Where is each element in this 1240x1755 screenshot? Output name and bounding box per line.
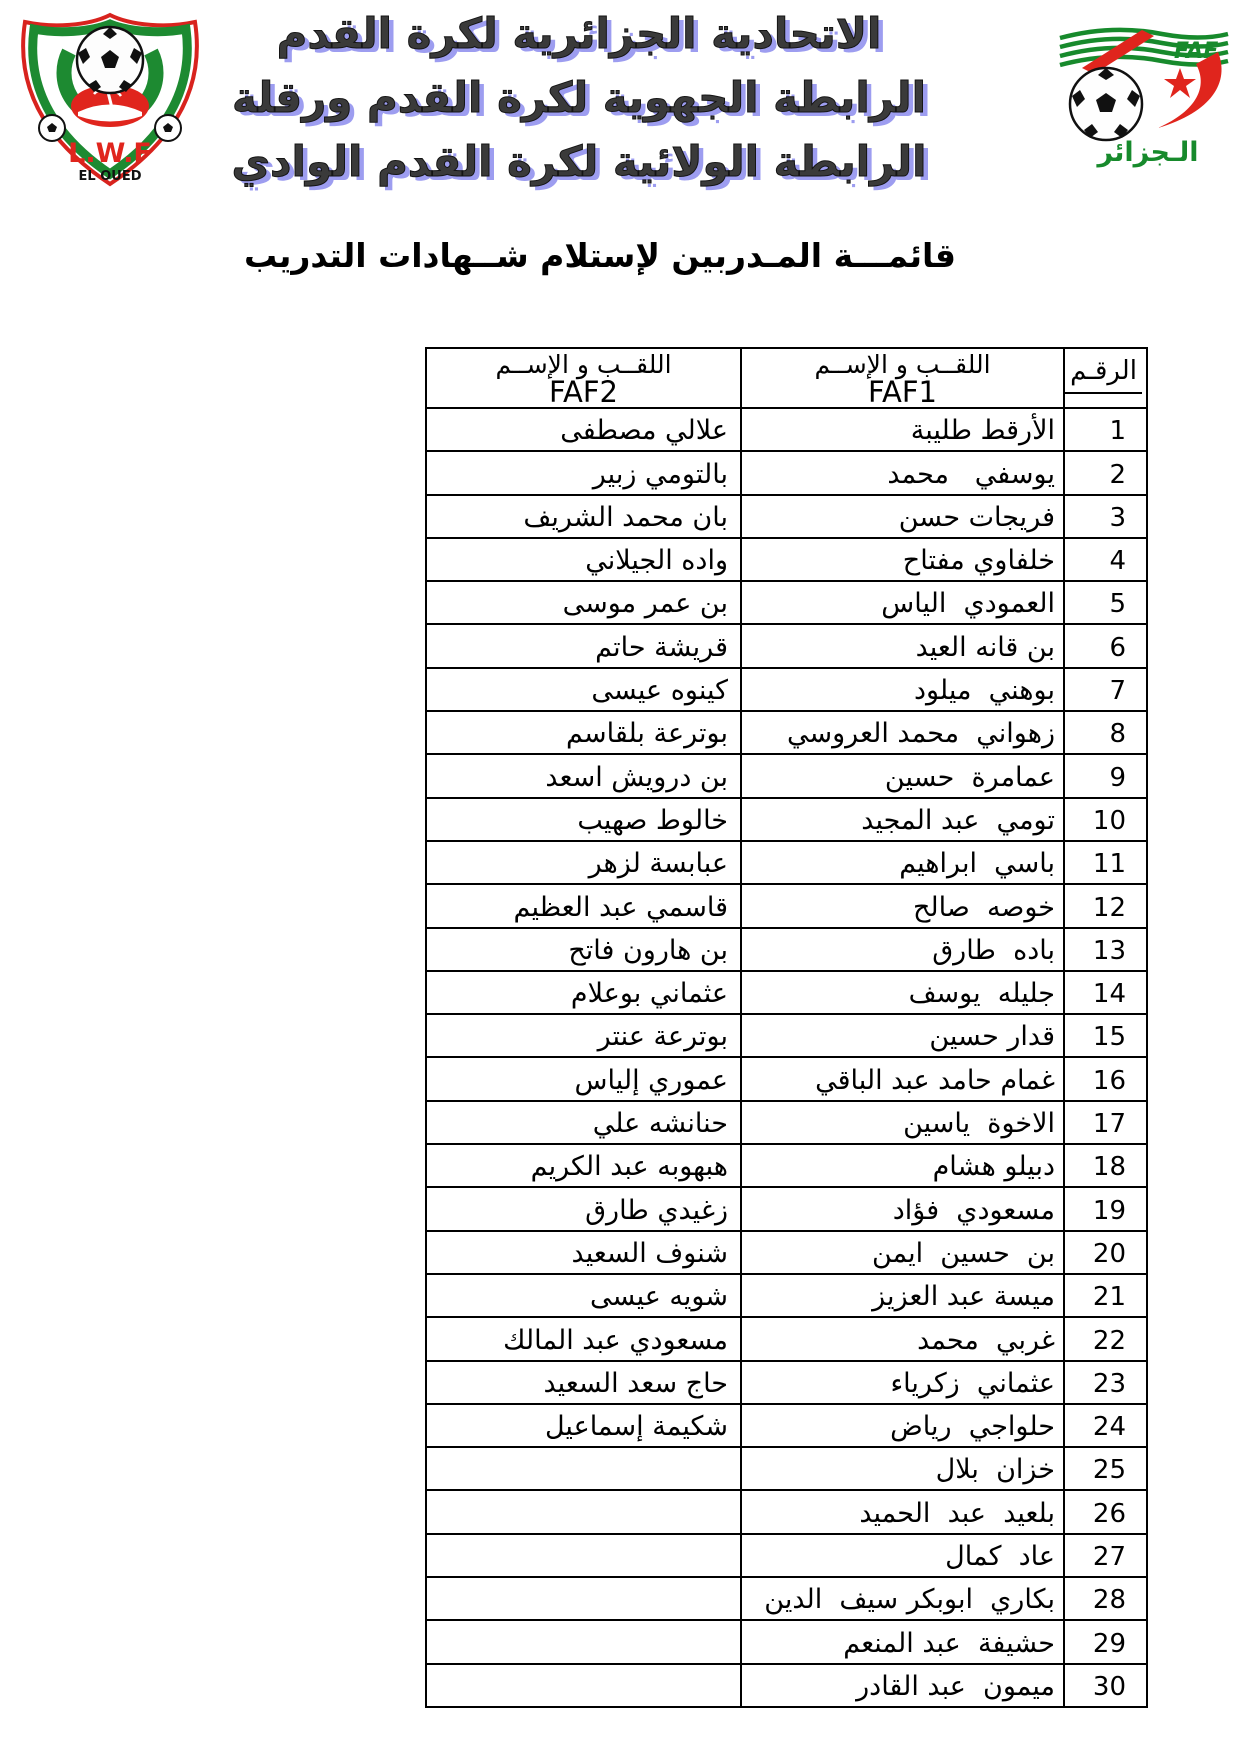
cell-faf2: عبابسة لزهر [427, 842, 740, 883]
table-row: خزان بلال 25 [427, 1446, 1146, 1489]
cell-faf1: بلعيد عبد الحميد [740, 1491, 1063, 1532]
document-title: الاتحادية الجزائرية لكرة القدم الرابطة ا… [222, 2, 936, 194]
table-body: علالي مصطفى الأرقط طليبة 1 بالتومي زبير … [427, 407, 1146, 1706]
table-row: عاد كمال 27 [427, 1533, 1146, 1576]
cell-number: 22 [1063, 1318, 1142, 1359]
cell-faf2: بالتومي زبير [427, 452, 740, 493]
cell-faf2 [427, 1491, 740, 1532]
table-row: شويه عيسى ميسة عبد العزيز 21 [427, 1273, 1146, 1316]
cell-faf2: خالوط صهيب [427, 799, 740, 840]
cell-faf2: بوترعة بلقاسم [427, 712, 740, 753]
table-row: بوترعة بلقاسم زهواني محمد العروسي 8 [427, 710, 1146, 753]
cell-number: 1 [1063, 409, 1142, 450]
cell-number: 2 [1063, 452, 1142, 493]
table-row: بن عمر موسى العمودي الياس 5 [427, 580, 1146, 623]
cell-faf1: فريجات حسن [740, 496, 1063, 537]
small-soccer-ball-icon [155, 115, 181, 141]
cell-faf1: خلفاوي مفتاح [740, 539, 1063, 580]
header-faf2-label: FAF2 [549, 379, 618, 406]
cell-faf1: بن حسين ايمن [740, 1232, 1063, 1273]
cell-number: 17 [1063, 1102, 1142, 1143]
cell-number: 16 [1063, 1058, 1142, 1099]
cell-faf1: حلواجي رياض [740, 1405, 1063, 1446]
cell-faf1: دبيلو هشام [740, 1145, 1063, 1186]
table-row: بلعيد عبد الحميد 26 [427, 1489, 1146, 1532]
cell-number: 29 [1063, 1621, 1142, 1662]
faf-algeria-logo: FAF الـجزائر [1052, 16, 1234, 168]
table-row: شنوف السعيد بن حسين ايمن 20 [427, 1230, 1146, 1273]
cell-faf1: غربي محمد [740, 1318, 1063, 1359]
cell-faf1: بن قانه العيد [740, 625, 1063, 666]
cell-faf2: كينوه عيسى [427, 669, 740, 710]
cell-faf2: زغيدي طارق [427, 1188, 740, 1229]
cell-number: 11 [1063, 842, 1142, 883]
table-row: مسعودي عبد المالك غربي محمد 22 [427, 1316, 1146, 1359]
cell-number: 5 [1063, 582, 1142, 623]
cell-faf1: غمام حامد عبد الباقي [740, 1058, 1063, 1099]
cell-faf1: باسي ابراهيم [740, 842, 1063, 883]
table-row: كينوه عيسى بوهني ميلود 7 [427, 667, 1146, 710]
cell-number: 27 [1063, 1535, 1142, 1576]
cell-number: 9 [1063, 755, 1142, 796]
cell-faf2 [427, 1578, 740, 1619]
cell-faf1: خوصه صالح [740, 885, 1063, 926]
cell-number: 21 [1063, 1275, 1142, 1316]
header-faf2: اللقــب و الإســم FAF2 [427, 349, 740, 407]
cell-number: 3 [1063, 496, 1142, 537]
cell-faf2: شويه عيسى [427, 1275, 740, 1316]
cell-number: 8 [1063, 712, 1142, 753]
crest-lwf-text: L.W.F [68, 138, 152, 169]
cell-faf2: بان محمد الشريف [427, 496, 740, 537]
cell-faf2: شكيمة إسماعيل [427, 1405, 740, 1446]
cell-number: 10 [1063, 799, 1142, 840]
cell-faf1: عثماني زكرياء [740, 1362, 1063, 1403]
cell-number: 4 [1063, 539, 1142, 580]
page: { "title": { "lines": [ "الاتحادية الجزا… [0, 0, 1240, 1755]
table-row: واده الجيلاني خلفاوي مفتاح 4 [427, 537, 1146, 580]
table-row: خالوط صهيب تومي عبد المجيد 10 [427, 797, 1146, 840]
title-line-1: الاتحادية الجزائرية لكرة القدم [222, 2, 936, 66]
table-row: بن درويش اسعد عمامرة حسين 9 [427, 753, 1146, 796]
cell-faf2: مسعودي عبد المالك [427, 1318, 740, 1359]
cell-faf2: واده الجيلاني [427, 539, 740, 580]
cell-number: 12 [1063, 885, 1142, 926]
cell-number: 6 [1063, 625, 1142, 666]
cell-faf1: يوسفي محمد [740, 452, 1063, 493]
cell-faf1: العمودي الياس [740, 582, 1063, 623]
table-row: بالتومي زبير يوسفي محمد 2 [427, 450, 1146, 493]
cell-number: 24 [1063, 1405, 1142, 1446]
table-row: حشيفة عبد المنعم 29 [427, 1619, 1146, 1662]
cell-faf1: باده طارق [740, 929, 1063, 970]
table-row: علالي مصطفى الأرقط طليبة 1 [427, 407, 1146, 450]
cell-faf1: زهواني محمد العروسي [740, 712, 1063, 753]
table-row: حنانشه علي الاخوة ياسين 17 [427, 1100, 1146, 1143]
table-row: بكاري ابوبكر سيف الدين 28 [427, 1576, 1146, 1619]
cell-number: 30 [1063, 1665, 1142, 1706]
cell-faf2: عثماني بوعلام [427, 972, 740, 1013]
cell-number: 25 [1063, 1448, 1142, 1489]
cell-faf2: بوترعة عنتر [427, 1015, 740, 1056]
cell-faf2 [427, 1535, 740, 1576]
table-header-row: اللقــب و الإســم FAF2 اللقــب و الإســم… [427, 349, 1146, 407]
cell-faf2: علالي مصطفى [427, 409, 740, 450]
cell-faf2: قريشة حاتم [427, 625, 740, 666]
header-faf1: اللقــب و الإســم FAF1 [740, 349, 1063, 407]
cell-faf2 [427, 1621, 740, 1662]
table-row: عموري إلياس غمام حامد عبد الباقي 16 [427, 1056, 1146, 1099]
coaches-table: اللقــب و الإســم FAF2 اللقــب و الإســم… [425, 347, 1148, 1708]
table-row: قريشة حاتم بن قانه العيد 6 [427, 623, 1146, 666]
table-row: حاج سعد السعيد عثماني زكرياء 23 [427, 1360, 1146, 1403]
table-row: عثماني بوعلام جليله يوسف 14 [427, 970, 1146, 1013]
cell-faf2: حنانشه علي [427, 1102, 740, 1143]
crest-city-text: EL OUED [79, 169, 142, 184]
cell-number: 7 [1063, 669, 1142, 710]
table-row: قاسمي عبد العظيم خوصه صالح 12 [427, 883, 1146, 926]
cell-number: 20 [1063, 1232, 1142, 1273]
cell-number: 23 [1063, 1362, 1142, 1403]
table-row: عبابسة لزهر باسي ابراهيم 11 [427, 840, 1146, 883]
cell-faf1: تومي عبد المجيد [740, 799, 1063, 840]
cell-faf1: حشيفة عبد المنعم [740, 1621, 1063, 1662]
cell-faf2: بن درويش اسعد [427, 755, 740, 796]
cell-faf1: عمامرة حسين [740, 755, 1063, 796]
cell-faf1: الاخوة ياسين [740, 1102, 1063, 1143]
cell-number: 15 [1063, 1015, 1142, 1056]
cell-number: 18 [1063, 1145, 1142, 1186]
cell-faf1: خزان بلال [740, 1448, 1063, 1489]
soccer-ball-icon [1070, 68, 1142, 140]
table-row: ميمون عبد القادر 30 [427, 1663, 1146, 1706]
cell-faf1: مسعودي فؤاد [740, 1188, 1063, 1229]
title-line-3: الرابطة الولائية لكرة القدم الوادي [222, 130, 936, 194]
title-line-2: الرابطة الجهوية لكرة القدم ورقلة [222, 66, 936, 130]
cell-faf1: جليله يوسف [740, 972, 1063, 1013]
small-soccer-ball-icon [39, 115, 65, 141]
cell-faf2: بن هارون فاتح [427, 929, 740, 970]
cell-faf2 [427, 1448, 740, 1489]
cell-faf1: ميسة عبد العزيز [740, 1275, 1063, 1316]
cell-faf1: ميمون عبد القادر [740, 1665, 1063, 1706]
cell-faf2 [427, 1665, 740, 1706]
header-faf1-label: FAF1 [868, 379, 937, 406]
cell-faf1: بكاري ابوبكر سيف الدين [740, 1578, 1063, 1619]
star-icon [1164, 68, 1196, 98]
table-row: بن هارون فاتح باده طارق 13 [427, 927, 1146, 970]
list-subtitle: قائمـــة المـدربين لإستلام شــهادات التد… [120, 236, 1080, 275]
cell-faf2: هبهوبه عبد الكريم [427, 1145, 740, 1186]
cell-faf2: حاج سعد السعيد [427, 1362, 740, 1403]
cell-faf2: شنوف السعيد [427, 1232, 740, 1273]
lwf-el-oued-crest-logo: L.W.F EL OUED [12, 10, 208, 190]
cell-number: 13 [1063, 929, 1142, 970]
table-row: شكيمة إسماعيل حلواجي رياض 24 [427, 1403, 1146, 1446]
table-row: هبهوبه عبد الكريم دبيلو هشام 18 [427, 1143, 1146, 1186]
soccer-ball-icon [77, 27, 143, 93]
cell-number: 28 [1063, 1578, 1142, 1619]
header-number: الرقـم [1063, 349, 1142, 407]
header-number-label: الرقـم [1065, 349, 1142, 394]
cell-faf2: عموري إلياس [427, 1058, 740, 1099]
cell-number: 26 [1063, 1491, 1142, 1532]
cell-faf2: قاسمي عبد العظيم [427, 885, 740, 926]
cell-number: 14 [1063, 972, 1142, 1013]
table-row: بوترعة عنتر قدار حسين 15 [427, 1013, 1146, 1056]
cell-faf1: قدار حسين [740, 1015, 1063, 1056]
table-row: زغيدي طارق مسعودي فؤاد 19 [427, 1186, 1146, 1229]
cell-faf1: عاد كمال [740, 1535, 1063, 1576]
cell-number: 19 [1063, 1188, 1142, 1229]
cell-faf2: بن عمر موسى [427, 582, 740, 623]
table-row: بان محمد الشريف فريجات حسن 3 [427, 494, 1146, 537]
cell-faf1: الأرقط طليبة [740, 409, 1063, 450]
algeria-arabic-text: الـجزائر [1095, 137, 1198, 168]
cell-faf1: بوهني ميلود [740, 669, 1063, 710]
